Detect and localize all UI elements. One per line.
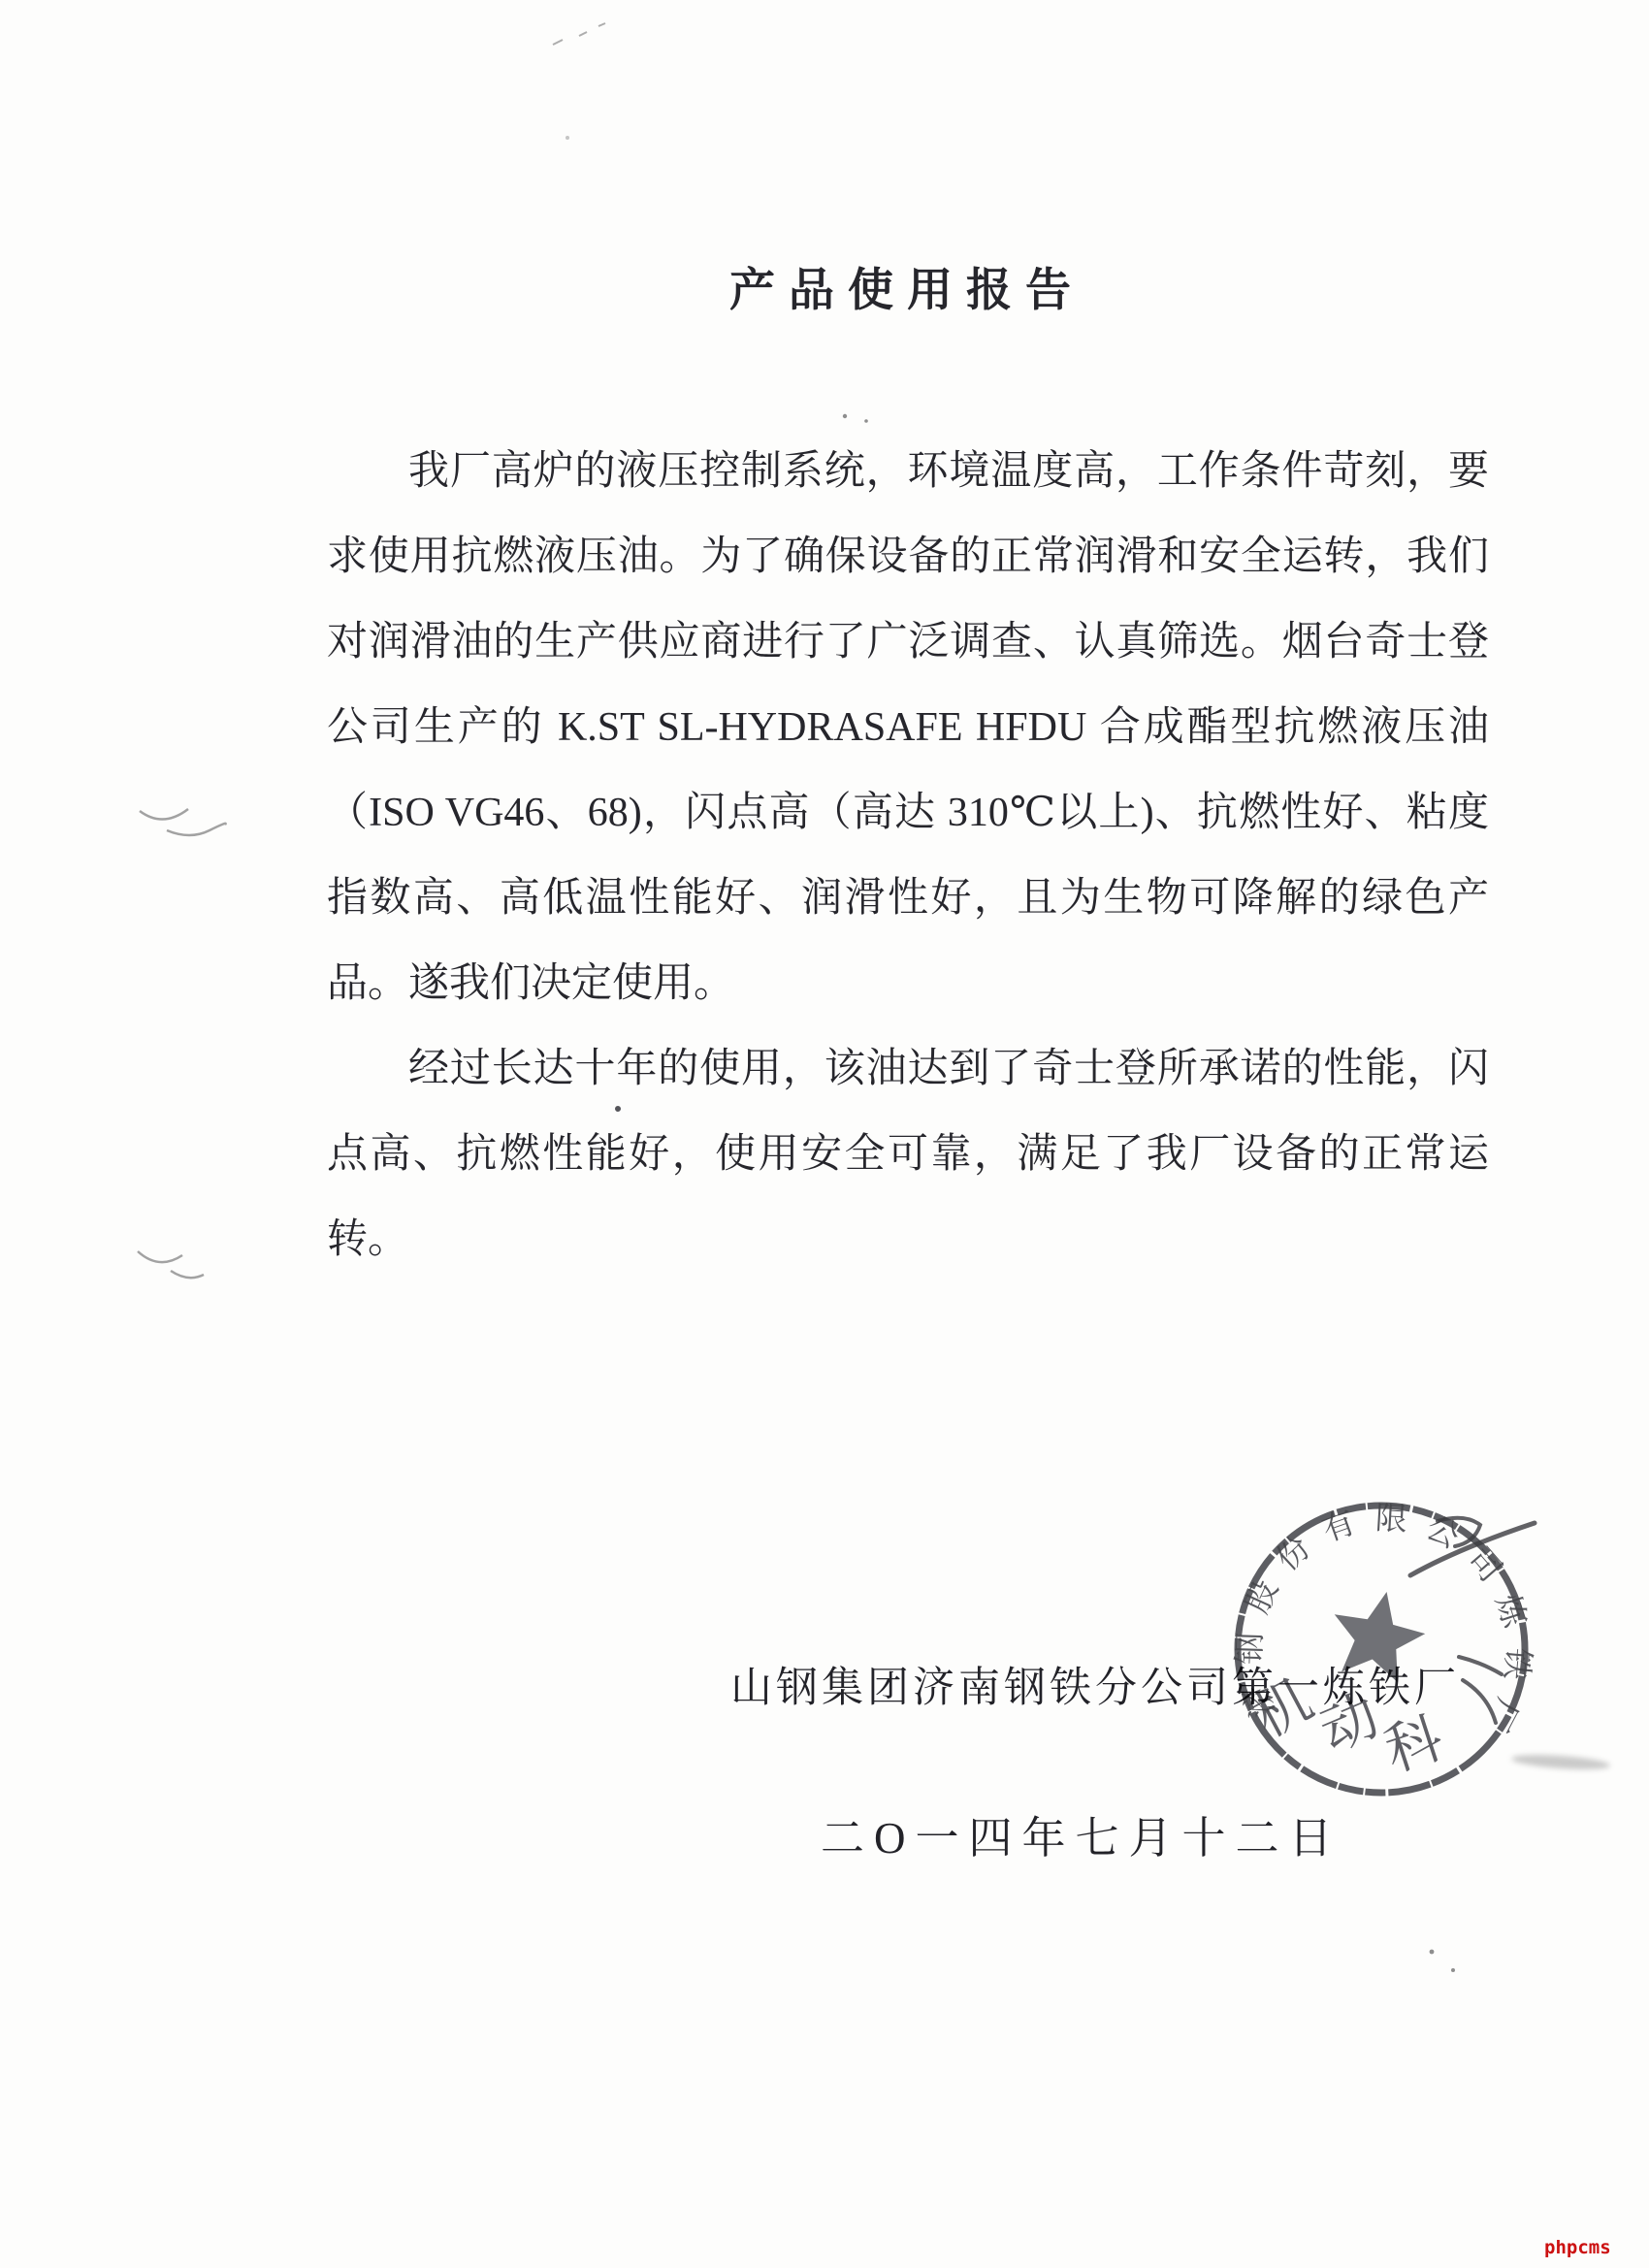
stamp-star-icon [1323,1582,1432,1687]
document-body: 我厂高炉的液压控制系统，环境温度高，工作条件苛刻，要求使用抗燃液压油。为了确保设… [327,429,1489,1282]
speck-top-2 [579,32,587,36]
pencil-scribble-mid-left-2 [171,1271,204,1278]
speck-dot-2 [864,419,868,423]
speck-top-1 [553,40,563,45]
speck-dot-1 [843,414,847,418]
speck-top-3 [598,23,605,26]
document-title: 产品使用报告 [327,254,1487,319]
stamp-dept-char-1: 机 [1244,1668,1323,1750]
speck-dot-6 [566,136,569,140]
phpcms-watermark: phpcms [1544,2237,1611,2258]
pencil-scribble-top-left-2 [167,824,226,835]
stamp-dept-char-3: 科 [1377,1706,1450,1784]
paragraph-2: 经过长达十年的使用，该油达到了奇士登所承诺的性能，闪点高、抗燃性能好，使用安全可… [327,1026,1489,1282]
scanned-document-page: 产品使用报告 我厂高炉的液压控制系统，环境温度高，工作条件苛刻，要求使用抗燃液压… [0,0,1649,2268]
speck-dot-4 [1430,1950,1435,1955]
stamp-dept-char-2: 动 [1311,1683,1388,1764]
pen-stroke-tick-1 [1459,1657,1502,1674]
pencil-scribble-top-left [140,809,188,820]
speck-dot-5 [1451,1968,1455,1972]
official-stamp-seal: 济钢股份有限公司炼铁厂 机 动 科 [1216,1484,1546,1814]
pencil-scribble-mid-left [138,1251,182,1262]
paragraph-1: 我厂高炉的液压控制系统，环境温度高，工作条件苛刻，要求使用抗燃液压油。为了确保设… [327,429,1489,1026]
